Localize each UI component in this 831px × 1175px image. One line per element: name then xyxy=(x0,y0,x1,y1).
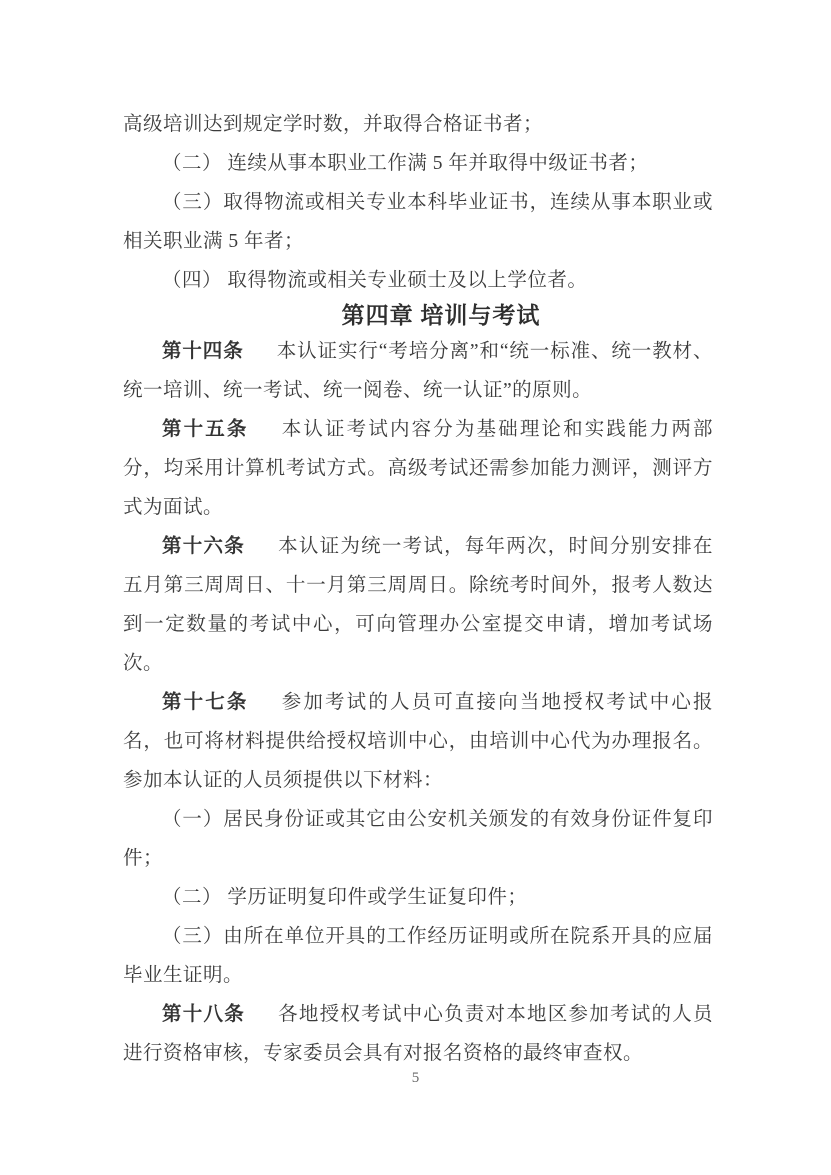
clause-paragraph: 第十五条本认证考试内容分为基础理论和实践能力两部分，均采用计算机考试方式。高级考… xyxy=(123,410,713,527)
clause-number: 第十七条 xyxy=(162,692,249,713)
paragraph-continuation: 高级培训达到规定学时数，并取得合格证书者； xyxy=(123,105,713,144)
clause-number: 第十四条 xyxy=(162,341,244,362)
chapter-heading: 第四章 培训与考试 xyxy=(123,300,713,332)
list-item: （三）取得物流或相关专业本科毕业证书，连续从事本职业或相关职业满 5 年者； xyxy=(123,183,713,261)
paragraph-text: （三）由所在单位开具的工作经历证明或所在院系开具的应届毕业生证明。 xyxy=(123,926,713,986)
document-content: 高级培训达到规定学时数，并取得合格证书者； （二） 连续从事本职业工作满 5 年… xyxy=(123,105,713,1073)
paragraph-text: 高级培训达到规定学时数，并取得合格证书者； xyxy=(123,114,543,135)
clause-paragraph: 第十四条本认证实行“考培分离”和“统一标准、统一教材、统一培训、统一考试、统一阅… xyxy=(123,332,713,410)
paragraph-text: （二） 连续从事本职业工作满 5 年并取得中级证书者； xyxy=(162,153,648,174)
list-item: （四） 取得物流或相关专业硕士及以上学位者。 xyxy=(123,261,713,300)
list-item: （二） 学历证明复印件或学生证复印件； xyxy=(123,878,713,917)
clause-number: 第十五条 xyxy=(162,419,249,440)
paragraph-text: （三）取得物流或相关专业本科毕业证书，连续从事本职业或相关职业满 5 年者； xyxy=(123,192,713,252)
clause-paragraph: 第十七条参加考试的人员可直接向当地授权考试中心报名，也可将材料提供给授权培训中心… xyxy=(123,683,713,800)
page-number: 5 xyxy=(0,1068,831,1088)
clause-number: 第十六条 xyxy=(162,536,245,557)
document-page: 高级培训达到规定学时数，并取得合格证书者； （二） 连续从事本职业工作满 5 年… xyxy=(0,0,831,1175)
paragraph-text: （二） 学历证明复印件或学生证复印件； xyxy=(162,887,527,908)
paragraph-text: （四） 取得物流或相关专业硕士及以上学位者。 xyxy=(162,270,587,291)
list-item: （三）由所在单位开具的工作经历证明或所在院系开具的应届毕业生证明。 xyxy=(123,917,713,995)
paragraph-text: （一）居民身份证或其它由公安机关颁发的有效身份证件复印件； xyxy=(123,809,713,869)
clause-paragraph: 第十六条本认证为统一考试，每年两次，时间分别安排在五月第三周周日、十一月第三周周… xyxy=(123,527,713,683)
list-item: （二） 连续从事本职业工作满 5 年并取得中级证书者； xyxy=(123,144,713,183)
clause-paragraph: 第十八条各地授权考试中心负责对本地区参加考试的人员进行资格审核，专家委员会具有对… xyxy=(123,995,713,1073)
clause-number: 第十八条 xyxy=(162,1004,245,1025)
list-item: （一）居民身份证或其它由公安机关颁发的有效身份证件复印件； xyxy=(123,800,713,878)
